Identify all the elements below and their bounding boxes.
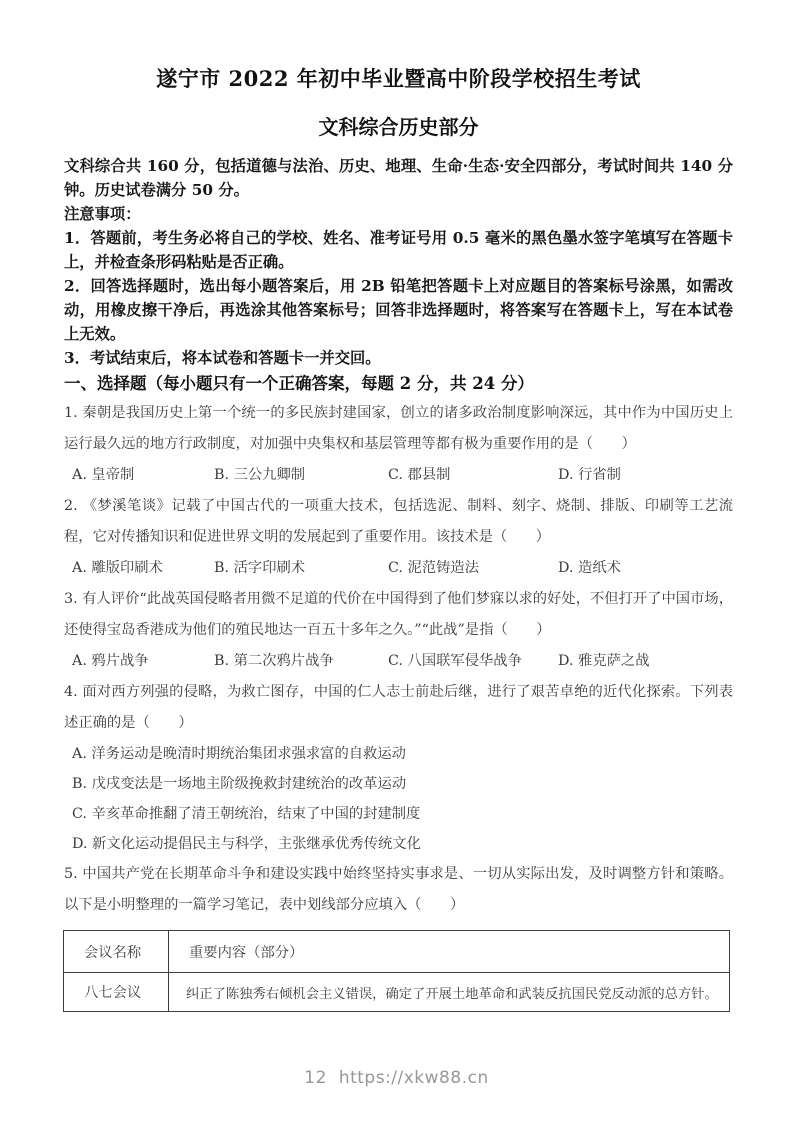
section-heading-choice: 一、选择题（每小题只有一个正确答案，每题 2 分，共 24 分） [64,371,733,396]
option-b: B. 第二次鸦片战争 [214,646,388,677]
option-d: D. 新文化运动提倡民主与科学，主张继承优秀传统文化 [64,829,733,859]
question-stem: 1. 秦朝是我国历史上第一个统一的多民族封建国家，创立的诸多政治制度影响深远，其… [64,398,733,460]
table-cell-meeting-name: 八七会议 [64,973,169,1012]
questions-section: 1. 秦朝是我国历史上第一个统一的多民族封建国家，创立的诸多政治制度影响深远，其… [64,398,733,1012]
question-options: A. 雕版印刷术 B. 活字印刷术 C. 泥范铸造法 D. 造纸术 [64,553,733,584]
watermark-url: https://xkw88.cn [339,1068,489,1088]
question-5: 5. 中国共产党在长期革命斗争和建设实践中始终坚持实事求是、一切从实际出发，及时… [64,859,733,921]
option-d: D. 造纸术 [558,553,733,584]
table-row: 八七会议 纠正了陈独秀右倾机会主义错误，确定了开展土地革命和武装反抗国民党反动派… [64,973,730,1012]
option-b: B. 三公九卿制 [214,460,388,491]
table-cell-content-header: 重要内容（部分） [169,931,730,973]
question-options: A. 皇帝制 B. 三公九卿制 C. 郡县制 D. 行省制 [64,460,733,491]
question-stem: 5. 中国共产党在长期革命斗争和建设实践中始终坚持实事求是、一切从实际出发，及时… [64,859,733,921]
question-1: 1. 秦朝是我国历史上第一个统一的多民族封建国家，创立的诸多政治制度影响深远，其… [64,398,733,491]
exam-intro: 文科综合共 160 分，包括道德与法治、历史、地理、生命·生态·安全四部分，考试… [64,154,733,202]
study-note-table: 会议名称 重要内容（部分） 八七会议 纠正了陈独秀右倾机会主义错误，确定了开展土… [63,930,730,1012]
page-footer: 12 https://xkw88.cn [0,1068,793,1088]
notice-heading: 注意事项： [64,202,733,226]
option-a: A. 雕版印刷术 [72,553,214,584]
page-title: 遂宁市 2022 年初中毕业暨高中阶段学校招生考试 [64,66,733,92]
option-c: C. 辛亥革命推翻了清王朝统治，结束了中国的封建制度 [64,799,733,829]
option-c: C. 泥范铸造法 [388,553,558,584]
question-stem: 2. 《梦溪笔谈》记载了中国古代的一项重大技术，包括选泥、制料、刻字、烧制、排版… [64,491,733,553]
option-d: D. 雅克萨之战 [558,646,733,677]
option-a: A. 洋务运动是晚清时期统治集团求强求富的自救运动 [64,739,733,769]
page-number: 12 [304,1068,327,1088]
option-c: C. 郡县制 [388,460,558,491]
option-a: A. 鸦片战争 [72,646,214,677]
question-stem: 3. 有人评价“此战英国侵略者用微不足道的代价在中国得到了他们梦寐以求的好处，不… [64,584,733,646]
table-cell-content: 纠正了陈独秀右倾机会主义错误，确定了开展土地革命和武装反抗国民党反动派的总方针。 [169,973,730,1012]
exam-paper-page: 遂宁市 2022 年初中毕业暨高中阶段学校招生考试 文科综合历史部分 文科综合共… [0,0,793,1122]
table-row: 会议名称 重要内容（部分） [64,931,730,973]
notice-item-3: 3．考试结束后，将本试卷和答题卡一并交回。 [64,346,733,370]
table-cell-meeting-name-header: 会议名称 [64,931,169,973]
option-b: B. 戊戌变法是一场地主阶级挽救封建统治的改革运动 [64,769,733,799]
option-b: B. 活字印刷术 [214,553,388,584]
question-stem: 4. 面对西方列强的侵略，为救亡图存，中国的仁人志士前赴后继，进行了艰苦卓绝的近… [64,677,733,739]
page-subtitle: 文科综合历史部分 [64,114,733,140]
page-content: 遂宁市 2022 年初中毕业暨高中阶段学校招生考试 文科综合历史部分 文科综合共… [0,0,793,1012]
option-a: A. 皇帝制 [72,460,214,491]
question-4: 4. 面对西方列强的侵略，为救亡图存，中国的仁人志士前赴后继，进行了艰苦卓绝的近… [64,677,733,859]
question-options: A. 鸦片战争 B. 第二次鸦片战争 C. 八国联军侵华战争 D. 雅克萨之战 [64,646,733,677]
notice-item-2: 2．回答选择题时，选出每小题答案后，用 2B 铅笔把答题卡上对应题目的答案标号涂… [64,274,733,346]
option-c: C. 八国联军侵华战争 [388,646,558,677]
question-3: 3. 有人评价“此战英国侵略者用微不足道的代价在中国得到了他们梦寐以求的好处，不… [64,584,733,677]
notice-item-1: 1．答题前，考生务必将自己的学校、姓名、准考证号用 0.5 毫米的黑色墨水签字笔… [64,226,733,274]
option-d: D. 行省制 [558,460,733,491]
question-2: 2. 《梦溪笔谈》记载了中国古代的一项重大技术，包括选泥、制料、刻字、烧制、排版… [64,491,733,584]
